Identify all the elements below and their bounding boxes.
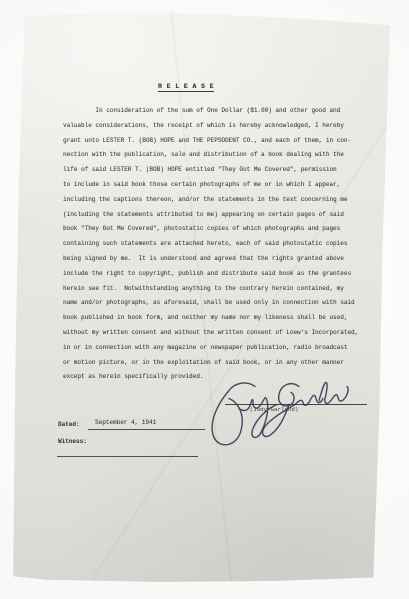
- body-line: herein see fit. Notwithstanding anything…: [63, 282, 363, 297]
- body-line: without my written consent and without t…: [63, 326, 363, 341]
- witness-blank-line: [57, 446, 198, 457]
- body-line: to include in said book those certain ph…: [63, 178, 363, 193]
- release-title: R E L E A S E: [158, 83, 214, 92]
- body-line: include the right to copyright, publish …: [63, 267, 363, 282]
- body-line: life of said LESTER T. (BOB) HOPE entitl…: [63, 163, 363, 178]
- witness-label: Witness:: [58, 438, 87, 445]
- body-line: containing such statements are attached …: [63, 237, 363, 252]
- body-line: In consideration of the sum of One Dolla…: [63, 104, 363, 119]
- body-line: book "They Got Me Covered", photostatic …: [63, 222, 363, 237]
- body-line: book published in book form, and neither…: [63, 311, 363, 326]
- body-line: or motion picture, or in the exploitatio…: [63, 356, 363, 371]
- body-line: being signed by me. It is understood and…: [63, 252, 363, 267]
- release-body-text: In consideration of the sum of One Dolla…: [63, 104, 363, 385]
- photo-background: R E L E A S E In consideration of the su…: [0, 0, 409, 599]
- body-line: grant unto LESTER T. (BOB) HOPE and THE …: [63, 134, 363, 149]
- dated-value: September 4, 1941: [88, 419, 205, 430]
- dated-label: Dated:: [58, 421, 80, 428]
- body-line: in or in connection with any magazine or…: [63, 341, 363, 356]
- body-line: nection with the publication, sale and d…: [63, 148, 363, 163]
- body-line: valuable considerations, the receipt of …: [63, 119, 363, 134]
- body-line: including the captions thereon, and/or t…: [63, 193, 363, 208]
- body-line: (including the statements attributed to …: [63, 208, 363, 223]
- signature-script: [195, 378, 355, 454]
- paper-sheet: R E L E A S E In consideration of the su…: [12, 12, 390, 582]
- body-line: name and/or photographs, as aforesaid, s…: [63, 296, 363, 311]
